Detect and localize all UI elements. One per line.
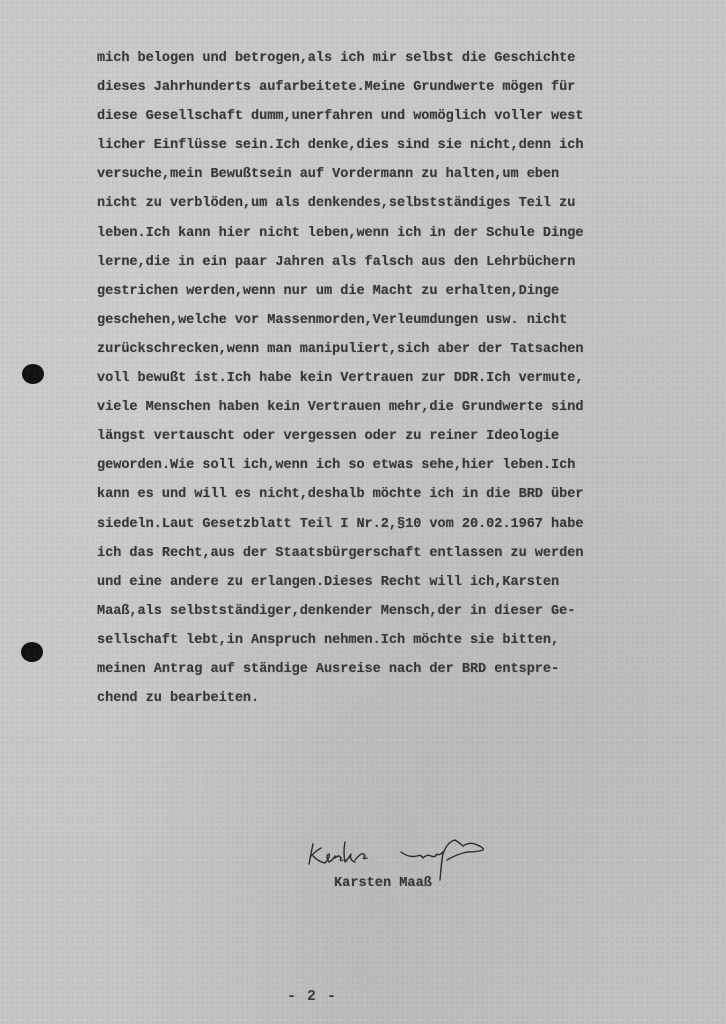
text-line: diese Gesellschaft dumm,unerfahren und w… bbox=[97, 102, 637, 131]
text-line: Maaß,als selbstständiger,denkender Mensc… bbox=[97, 597, 637, 626]
text-line: lerne,die in ein paar Jahren als falsch … bbox=[97, 248, 637, 277]
text-line: meinen Antrag auf ständige Ausreise nach… bbox=[97, 655, 637, 684]
text-line: ich das Recht,aus der Staatsbürgerschaft… bbox=[97, 539, 637, 568]
typed-signatory-name: Karsten Maaß bbox=[334, 876, 432, 891]
text-line: geworden.Wie soll ich,wenn ich so etwas … bbox=[97, 451, 637, 480]
text-line: kann es und will es nicht,deshalb möchte… bbox=[97, 480, 637, 509]
text-line: leben.Ich kann hier nicht leben,wenn ich… bbox=[97, 219, 637, 248]
text-line: nicht zu verblöden,um als denkendes,selb… bbox=[97, 189, 637, 218]
text-line: gestrichen werden,wenn nur um die Macht … bbox=[97, 277, 637, 306]
text-line: geschehen,welche vor Massenmorden,Verleu… bbox=[97, 306, 637, 335]
document-page: mich belogen und betrogen,als ich mir se… bbox=[0, 0, 726, 1024]
text-line: mich belogen und betrogen,als ich mir se… bbox=[97, 44, 637, 73]
text-line: sellschaft lebt,in Anspruch nehmen.Ich m… bbox=[97, 626, 637, 655]
page-number: - 2 - bbox=[287, 988, 337, 1005]
text-line: chend zu bearbeiten. bbox=[97, 684, 637, 713]
text-line: dieses Jahrhunderts aufarbeitete.Meine G… bbox=[97, 73, 637, 102]
text-line: versuche,mein Bewußtsein auf Vordermann … bbox=[97, 160, 637, 189]
punch-hole bbox=[21, 642, 43, 662]
text-line: und eine andere zu erlangen.Dieses Recht… bbox=[97, 568, 637, 597]
text-line: voll bewußt ist.Ich habe kein Vertrauen … bbox=[97, 364, 637, 393]
text-line: zurückschrecken,wenn man manipuliert,sic… bbox=[97, 335, 637, 364]
letter-body: mich belogen und betrogen,als ich mir se… bbox=[97, 44, 637, 713]
text-line: viele Menschen haben kein Vertrauen mehr… bbox=[97, 393, 637, 422]
text-line: längst vertauscht oder vergessen oder zu… bbox=[97, 422, 637, 451]
text-line: siedeln.Laut Gesetzblatt Teil I Nr.2,§10… bbox=[97, 510, 637, 539]
punch-hole bbox=[22, 364, 44, 384]
text-line: licher Einflüsse sein.Ich denke,dies sin… bbox=[97, 131, 637, 160]
